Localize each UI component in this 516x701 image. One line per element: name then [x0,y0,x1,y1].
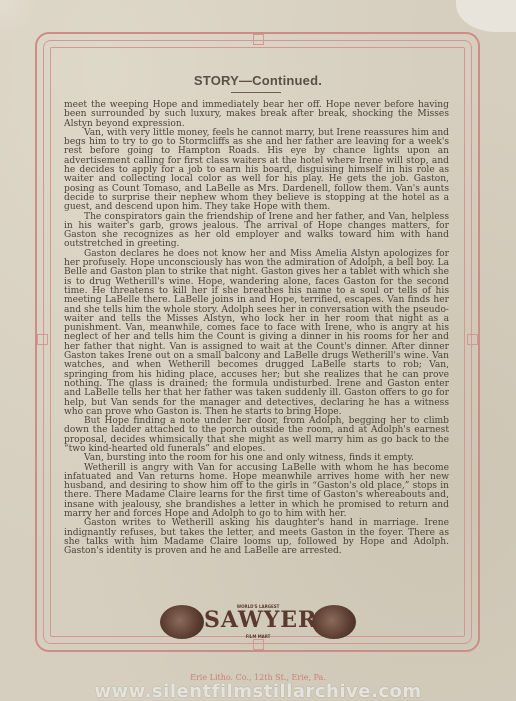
border-ornament [37,334,48,345]
paragraph: Gaston declares he does not know her and… [64,250,449,417]
paper-tear [456,0,516,32]
border-ornament [253,34,264,45]
paragraph: But Hope finding a note under her door, … [64,417,449,454]
watermark: www.silentfilmstillarchive.com [0,681,516,701]
paragraph: meet the weeping Hope and immediately be… [64,101,449,129]
border-ornament [467,334,478,345]
paragraph: Van, with very little money, feels he ca… [64,129,449,213]
logo-wordmark: SAWYER [204,607,312,633]
paper-wear [0,0,40,40]
paragraph: Gaston writes to Wetherill asking his da… [64,519,449,556]
paragraph: The conspirators gain the friendship of … [64,213,449,250]
title-rule [231,92,281,93]
paragraph: Wetherill is angry with Van for accusing… [64,464,449,520]
page-title: STORY—Continued. [0,73,516,88]
story-text: meet the weeping Hope and immediately be… [64,101,449,557]
sawyer-logo: WORLD'S LARGEST SAWYER FILM MART [158,603,358,643]
